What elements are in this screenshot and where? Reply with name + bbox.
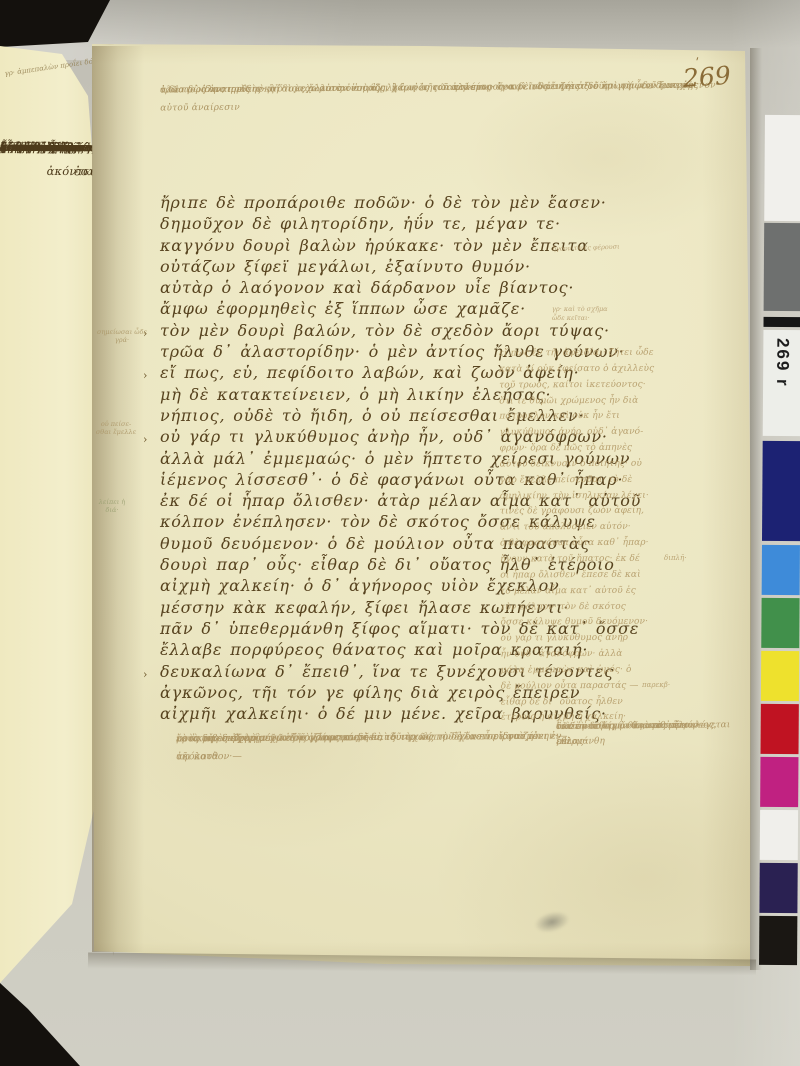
color-patch xyxy=(759,916,797,965)
left-margin-note-2: οὐ πείσε- σθαι ἔμελλε xyxy=(90,420,142,436)
verse-text: ἤριπε δὲ προπάροιθε ποδῶν· ὁ δὲ τὸν μὲν … xyxy=(160,192,607,213)
facing-page-line-endings: ἕκτορα δῖον·πείραθ᾽ ἵκηαι·λος ἕκτωρ·νηπύ… xyxy=(0,136,104,137)
manuscript-photo: γρ· ἀμπεπαλὼν προΐει δόρυ — ἕκτορα δῖον·… xyxy=(0,0,800,1066)
scholia-line: οἱ ἧπαρ ὄλισθεν· ἔπεσε δὲ καὶ xyxy=(500,567,690,584)
color-patch xyxy=(764,115,800,221)
color-patch xyxy=(761,651,799,701)
scholia-line: πάτροκλον καὶ οὐκ ἦν ἔτι xyxy=(499,409,689,426)
scholia-line: ὄσσε κάλυψε θυμοῦ δευόμενον· xyxy=(500,615,690,632)
verse-line: αὐτὰρ ὁ λαόγονον καὶ δάρδανον υἷε βίαντο… xyxy=(160,277,660,298)
color-patch xyxy=(760,757,798,807)
scholia-line: τὸ μέλαν αἷμα κατ᾽ αὐτοῦ ἐς xyxy=(500,583,690,600)
verse-text: οὐτάζων ξίφεϊ μεγάλωι, ἐξαίνυτο θυμόν· xyxy=(160,256,531,277)
left-margin-note-1: σημείωσαι ὧδε γρά· xyxy=(96,328,148,344)
scholia-line: ἦν οὐδ᾽ ἀγανόφρων· ἀλλὰ xyxy=(501,647,691,664)
scholia-line: τινὲς δὲ γράφουσι ζωὸν ἀφείη, xyxy=(500,504,690,521)
color-patch xyxy=(759,863,797,913)
right-margin-scholia: εἴ πως ἐν τῆι ἀφειδίαι· ζήτει ὧδεκατὰ τί… xyxy=(499,346,691,727)
scholia-line: γὰρ ἔμελλε πείσεσθαι· τὸ δὲ xyxy=(500,472,690,489)
color-calibration-bar: 269 r xyxy=(759,115,800,965)
verse-line: ἤριπε δὲ προπάροιθε ποδῶν· ὁ δὲ τὸν μὲν … xyxy=(160,192,660,213)
book-cover-bottom-left xyxy=(0,975,90,1066)
color-patch xyxy=(762,441,800,541)
scholia-line: ὁμηλικίην, τὴν ἰσηλικίαν λέγει· xyxy=(500,488,690,505)
scholia-line: ἀντὶ τοῦ ἀπολύσειεν αὐτόν· xyxy=(500,520,690,537)
color-patch xyxy=(763,317,800,327)
scholia-line: μάλα ἐμμεμαὼς καὶ ὠμός· ὁ xyxy=(501,662,691,679)
scholia-line: εἶθαρ δὲ δι᾽ οὔατος ἦλθεν xyxy=(501,694,691,711)
scholia-line: αὐτοῦ δείκνυσιν ὁ ποιητής· οὐ xyxy=(500,456,690,473)
color-patch xyxy=(762,545,800,595)
colorbar-folio-label: 269 r xyxy=(772,338,792,388)
facing-page-line-ending: ἐπιτάρροθός ἐστι· xyxy=(0,136,104,184)
scholia-line: ἔστω παρεκβολὴ μέχρι τοῦ ὁ λαμπρός·— xyxy=(176,729,371,748)
verse-line: δημοῦχον δὲ φιλητορίδην, ἠΰν τε, μέγαν τ… xyxy=(160,213,660,234)
right-margin-siglum-1: διπλῆ· xyxy=(664,554,714,562)
scholia-line: φρων· ὅρα δὲ πῶς τὸ ἀπηνὲς xyxy=(500,441,690,458)
scholia-line: τὸν κόλπον· τὸν δὲ σκότος xyxy=(500,599,690,616)
diple-mark: › xyxy=(143,365,148,386)
color-patch xyxy=(761,598,799,648)
scholia-line: ὁ δὲ φασγάνωι οὖτα καθ᾽ ἧπαρ· xyxy=(500,536,690,553)
diple-mark: › xyxy=(143,429,148,450)
scholia-line: ἤγουν κατὰ τοῦ ἥπατος· ἐκ δέ xyxy=(500,551,690,568)
scholia-line: κατὰ τί οὐκ ἐφείσατο ὁ ἀχιλλεὺς xyxy=(499,361,689,378)
color-patch xyxy=(764,223,800,311)
verse-line: οὐτάζων ξίφεϊ μεγάλωι, ἐξαίνυτο θυμόν· xyxy=(160,256,660,277)
scholia-line: εἴ πως ἐν τῆι ἀφειδίαι· ζήτει ὧδε xyxy=(499,346,689,363)
verse-text: καγγόνυ δουρὶ βαλὼν ἠρύκακε· τὸν μὲν ἔπε… xyxy=(160,235,589,256)
scholia-line: τῶν ἐν πολέμωι ἀναιρουμένων·— xyxy=(556,718,710,734)
right-margin-siglum-2: παρεκβ· xyxy=(642,681,702,689)
scholia-line: γλυκύθυμος ἀνήρ, οὐδ᾽ ἀγανό- xyxy=(499,425,689,442)
color-patch xyxy=(761,704,799,754)
diple-mark: › xyxy=(143,664,148,685)
verse-text: ἄμφω ἐφορμηθεὶς ἐξ ἵππων ὦσε χαμᾶζε· xyxy=(160,298,526,319)
folio-number-text: 269 xyxy=(682,61,732,93)
color-patch: 269 r xyxy=(763,330,800,436)
scholia-line: ὅτι τε θυμῶι χρώμενος ἦν διὰ xyxy=(499,393,689,410)
verse-text: μὴ δὲ κατακτείνειεν, ὁ μὴ λικίην ἐλεήσας… xyxy=(160,384,551,405)
scholia-line: οὐ γάρ τι γλυκύθυμος ἀνὴρ xyxy=(500,631,690,648)
color-patch xyxy=(760,810,798,860)
scholia-line: τοῦ τρωός, καίτοι ἱκετεύοντος· xyxy=(499,377,689,394)
interlinear-note-2: γρ· καὶ τὸ σχῆμα ὧδε κεῖται· xyxy=(552,305,632,323)
verse-text: αὐτὰρ ὁ λαόγονον καὶ δάρδανον υἷε βίαντο… xyxy=(160,277,574,298)
verse-text: δημοῦχον δὲ φιλητορίδην, ἠΰν τε, μέγαν τ… xyxy=(160,213,561,234)
left-margin-note-3: λείπει ἡ διά· xyxy=(86,498,138,514)
verse-text: τὸν μὲν δουρὶ βαλών, τὸν δὲ σχεδὸν ἄορι … xyxy=(160,320,610,341)
